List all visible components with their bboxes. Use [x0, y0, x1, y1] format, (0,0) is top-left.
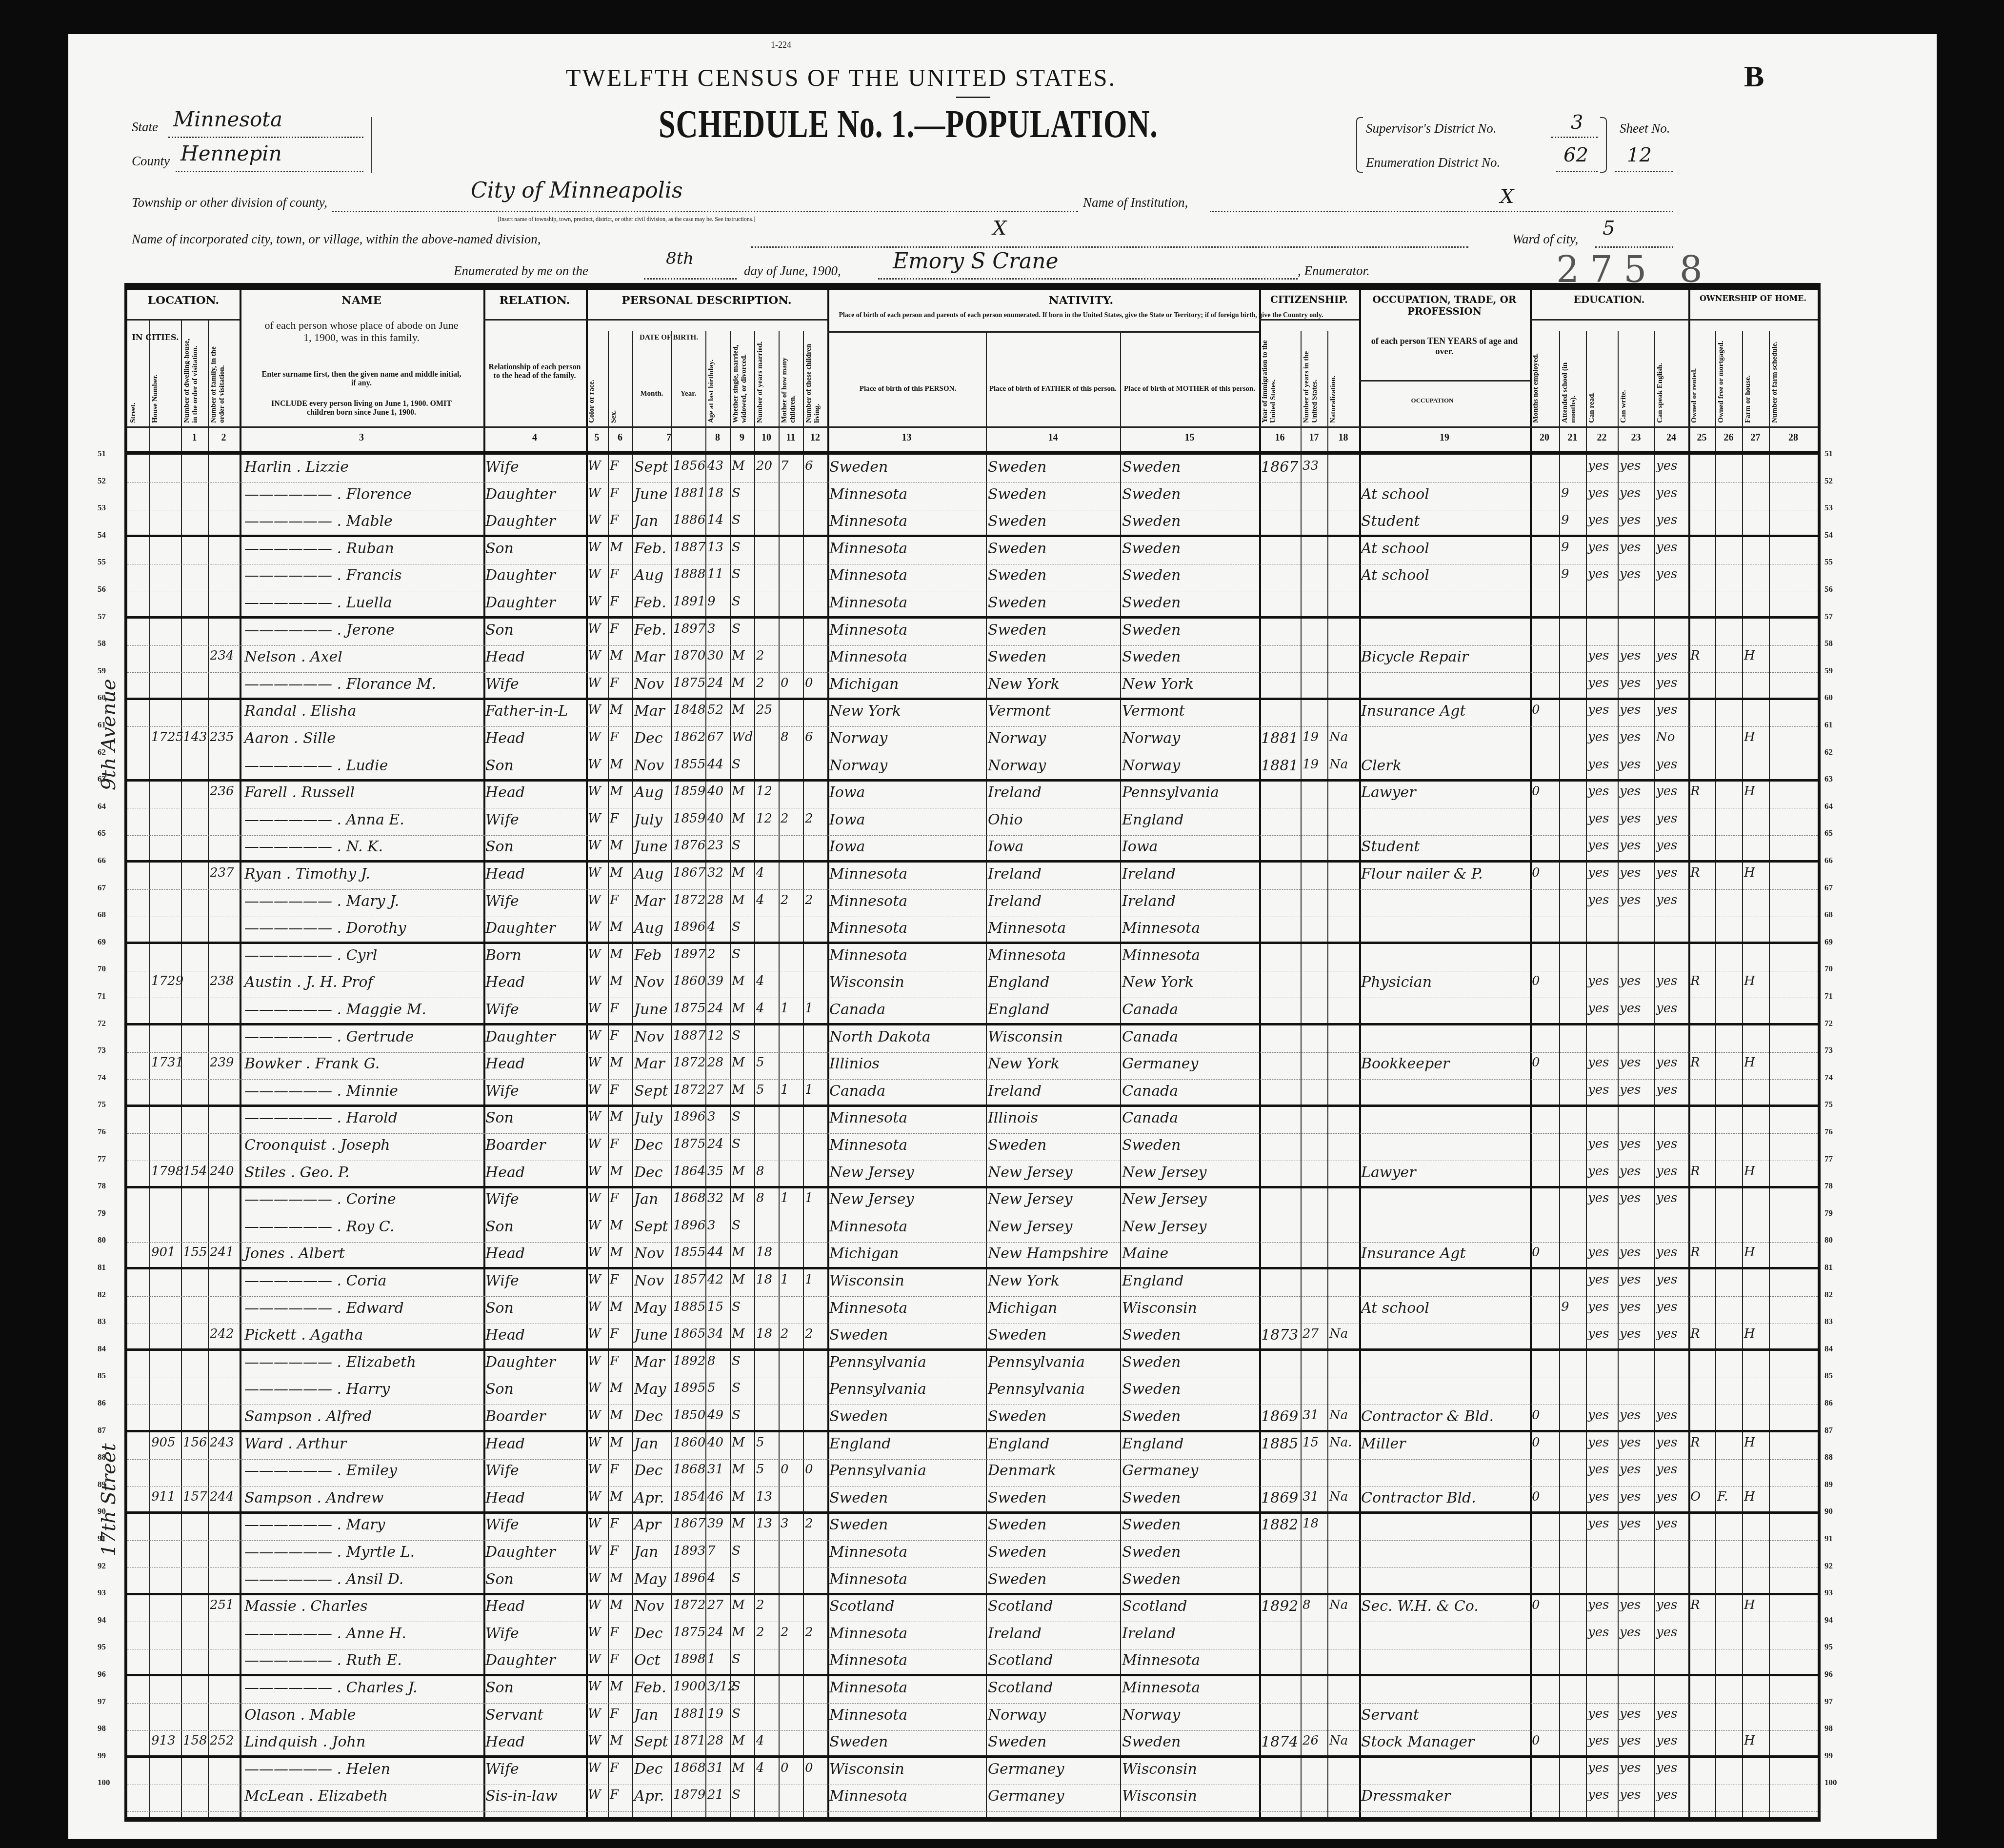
cell-eng: yes: [1656, 1272, 1677, 1287]
cell-b13: New Jersey: [829, 1164, 914, 1181]
cell-color: W: [588, 947, 601, 962]
cell-read: yes: [1588, 1055, 1609, 1070]
cell-write: yes: [1620, 1435, 1641, 1450]
cell-eng: yes: [1656, 1001, 1677, 1016]
cell-write: yes: [1620, 784, 1641, 799]
cell-month: Sept: [634, 1083, 668, 1100]
surname: McLean: [244, 1788, 304, 1805]
cell-mar: S: [732, 1707, 741, 1721]
cell-occ: Miller: [1361, 1435, 1406, 1452]
column-number: 16: [1259, 432, 1301, 443]
cell-b14: Sweden: [988, 622, 1046, 639]
cell-month: Dec: [634, 1137, 663, 1154]
cell-eng: yes: [1656, 648, 1677, 663]
cell-house: 1729: [151, 974, 183, 988]
given-name: Anna E.: [346, 811, 404, 828]
cell-age: 52: [707, 703, 723, 717]
census-sheet: 1-224 TWELFTH CENSUS OF THE UNITED STATE…: [68, 34, 1937, 1839]
cell-b14: Sweden: [988, 1408, 1046, 1425]
cell-age: 1: [707, 1652, 716, 1667]
cell-year: 1875: [673, 1137, 705, 1151]
ditto-mark: —————— .: [244, 594, 346, 611]
cell-b15: Scotland: [1122, 1598, 1187, 1615]
cell-ym: 18: [756, 1326, 772, 1341]
table-row: —————— . FlorenceDaughterWFJune188118SMi…: [127, 483, 1818, 510]
cell-ym: 5: [756, 1462, 764, 1477]
cell-color: W: [588, 1055, 601, 1070]
cell-ym: 18: [756, 1245, 772, 1260]
row-number: 80: [1824, 1235, 1833, 1245]
cell-b13: Illinios: [829, 1055, 880, 1072]
cell-b15: New Jersey: [1122, 1191, 1206, 1208]
cell-month: Dec: [634, 1625, 663, 1642]
cell-read: yes: [1588, 1435, 1609, 1450]
cell-b14: Sweden: [988, 1733, 1046, 1750]
cell-month: June: [634, 838, 667, 855]
ditto-mark: —————— .: [244, 567, 346, 584]
cell-color: W: [588, 1625, 601, 1640]
given-name: Harold: [346, 1109, 398, 1126]
cell-color: W: [588, 1462, 601, 1477]
cell-mar: M: [732, 648, 745, 663]
cell-name: —————— . Myrtle L.: [244, 1544, 415, 1561]
cell-dwelling: 156: [183, 1435, 207, 1450]
cell-sex: F: [610, 730, 619, 744]
cell-age: 39: [707, 974, 723, 988]
row-number: 67: [1824, 883, 1833, 893]
given-name: Russell: [301, 784, 355, 801]
cell-color: W: [588, 1109, 601, 1124]
cell-ym: 4: [756, 1001, 764, 1016]
cell-write: yes: [1620, 513, 1641, 527]
cell-write: yes: [1620, 838, 1641, 853]
ditto-mark: —————— .: [244, 1191, 346, 1208]
cell-b13: Iowa: [829, 811, 865, 828]
cell-color: W: [588, 974, 601, 988]
row-number: 59: [98, 666, 106, 676]
column-number: 1: [181, 432, 208, 443]
cell-mo: 1: [781, 1191, 789, 1205]
cell-name: Aaron . Sille: [244, 730, 336, 747]
surname: Massie: [244, 1598, 297, 1615]
cell-read: yes: [1588, 459, 1609, 473]
table-row: Sampson . AlfredBoarderWMDec185049SSwede…: [127, 1405, 1818, 1432]
cell-month: May: [634, 1300, 666, 1317]
cell-family: 242: [210, 1326, 234, 1341]
cell-mar: S: [732, 947, 741, 962]
row-number: 61: [1824, 720, 1833, 730]
cell-sex: F: [610, 513, 619, 527]
cell-b14: New York: [988, 676, 1060, 693]
cell-imm: 1874: [1261, 1733, 1298, 1750]
cell-imm: 1892: [1261, 1598, 1298, 1615]
cell-sex: F: [610, 567, 619, 582]
cell-b14: Sweden: [988, 1489, 1046, 1507]
cell-rel: Son: [485, 838, 514, 855]
cell-sex: M: [610, 1164, 623, 1179]
cell-read: yes: [1588, 1598, 1609, 1612]
cell-farm: H: [1744, 1489, 1755, 1504]
cell-sex: M: [610, 540, 623, 555]
cell-farm: H: [1744, 1326, 1755, 1341]
table-row: Massie . Charles251HeadWMNov187227M2Scot…: [127, 1595, 1818, 1622]
table-row: —————— . LudieSonWMNov185544SNorwayNorwa…: [127, 754, 1818, 782]
cell-year: 1875: [673, 1001, 705, 1016]
cell-b13: Minnesota: [829, 1300, 907, 1317]
cell-read: yes: [1588, 1164, 1609, 1179]
schedule-title: SCHEDULE No. 1.—POPULATION.: [659, 102, 1158, 147]
cell-color: W: [588, 1652, 601, 1667]
cell-b15: Germaney: [1122, 1462, 1198, 1479]
given-name: Gertrude: [346, 1028, 414, 1045]
given-name: Mable: [346, 513, 393, 530]
cell-read: yes: [1588, 1625, 1609, 1640]
ditto-mark: .: [297, 1598, 311, 1615]
birth-person-header: Place of birth of this PERSON.: [832, 385, 983, 393]
cell-month: July: [634, 1109, 662, 1126]
cell-b14: England: [988, 974, 1049, 991]
cell-occ: Contractor & Bld.: [1361, 1408, 1494, 1425]
cell-mar: M: [732, 1083, 745, 1097]
cell-year: 1854: [673, 1489, 705, 1504]
cell-b15: Canada: [1122, 1001, 1178, 1018]
cell-b15: Germaney: [1122, 1055, 1198, 1072]
cell-b15: Sweden: [1122, 1571, 1181, 1588]
given-name: John: [332, 1733, 366, 1750]
ditto-mark: .: [287, 784, 301, 801]
row-number: 79: [1824, 1208, 1833, 1218]
cell-month: June: [634, 486, 667, 503]
cell-write: yes: [1620, 1462, 1641, 1477]
given-name: N. K.: [346, 838, 383, 855]
cell-b13: Canada: [829, 1001, 885, 1018]
cell-month: Sept: [634, 1218, 668, 1235]
cell-year: 1887: [673, 1028, 705, 1043]
cell-month: Nov: [634, 1028, 664, 1045]
cell-sex: M: [610, 1300, 623, 1314]
given-name: Agatha: [310, 1326, 363, 1344]
cell-eng: yes: [1656, 1137, 1677, 1151]
cell-name: Ward . Arthur: [244, 1435, 346, 1452]
table-row: —————— . Mary J.WifeWFMar187228M422Minne…: [127, 890, 1818, 917]
cell-sex: M: [610, 1109, 623, 1124]
cell-year: 1881: [673, 486, 705, 501]
cell-b13: Michigan: [829, 1245, 899, 1262]
cell-year: 1850: [673, 1408, 705, 1423]
cell-b14: Ohio: [988, 811, 1023, 828]
cell-sex: M: [610, 838, 623, 853]
cell-age: 8: [707, 1354, 716, 1368]
cell-read: yes: [1588, 513, 1609, 527]
cell-b15: Canada: [1122, 1109, 1178, 1126]
cell-own: R: [1690, 1326, 1700, 1341]
cell-b13: Minnesota: [829, 947, 907, 964]
cell-read: yes: [1588, 703, 1609, 717]
cell-rel: Daughter: [485, 513, 556, 530]
cell-mar: S: [732, 1544, 741, 1558]
row-number: 73: [1824, 1045, 1833, 1055]
cell-nat: Na: [1329, 1326, 1348, 1341]
cell-write: yes: [1620, 540, 1641, 555]
cell-rel: Son: [485, 622, 514, 639]
cell-month: Nov: [634, 757, 664, 774]
cell-sex: M: [610, 920, 623, 934]
cell-sex: F: [610, 594, 619, 609]
cell-age: 7: [707, 1544, 716, 1558]
cell-read: yes: [1588, 811, 1609, 826]
cell-b13: Iowa: [829, 784, 865, 801]
cell-sex: F: [610, 486, 619, 501]
row-number: 57: [1824, 612, 1833, 622]
cell-year: 1876: [673, 838, 705, 853]
name-description: of each person whose place of abode on J…: [261, 319, 461, 344]
cell-sex: F: [610, 1761, 619, 1775]
row-number: 85: [98, 1371, 106, 1381]
cell-rel: Daughter: [485, 567, 556, 584]
cell-color: W: [588, 1354, 601, 1368]
cell-year: 1867: [673, 1516, 705, 1531]
group-relation: RELATION.: [483, 294, 586, 307]
corner-letter: B: [1744, 60, 1764, 94]
cell-sex: F: [610, 1462, 619, 1477]
township-label: Township or other division of county,: [132, 195, 327, 210]
cell-eng: yes: [1656, 1245, 1677, 1260]
nativity-description: Place of birth of each person and parent…: [832, 312, 1330, 320]
table-row: —————— . DorothyDaughterWMAug18964SMinne…: [127, 917, 1818, 944]
cell-eng: yes: [1656, 1083, 1677, 1097]
cell-age: 15: [707, 1300, 723, 1314]
state-value: Minnesota: [173, 107, 282, 131]
ditto-mark: —————— .: [244, 513, 346, 530]
cell-mar: S: [732, 1788, 741, 1802]
cell-month: June: [634, 1001, 667, 1018]
cell-house: 1725: [151, 730, 183, 744]
cell-name: —————— . Luella: [244, 594, 392, 611]
cell-eng: yes: [1656, 676, 1677, 690]
cell-b13: Minnesota: [829, 1625, 907, 1642]
cell-b14: Iowa: [988, 838, 1023, 855]
cell-rel: Daughter: [485, 1354, 556, 1371]
cell-nat: Na.: [1329, 1435, 1352, 1450]
cell-sex: F: [610, 1272, 619, 1287]
cell-write: yes: [1620, 703, 1641, 717]
cell-mar: M: [732, 703, 745, 717]
cell-name: Pickett . Agatha: [244, 1326, 363, 1344]
cell-rel: Daughter: [485, 1028, 556, 1045]
cell-age: 31: [707, 1462, 723, 1477]
county-label: County: [132, 154, 170, 169]
cell-b14: Sweden: [988, 540, 1046, 557]
cell-year: 1859: [673, 811, 705, 826]
cell-b14: Ireland: [988, 784, 1042, 801]
cell-year: 1872: [673, 893, 705, 907]
cell-b14: Sweden: [988, 567, 1046, 584]
col-label-house: House Number.: [151, 336, 179, 423]
cell-year: 1896: [673, 1109, 705, 1124]
cell-eng: yes: [1656, 486, 1677, 501]
cell-month: May: [634, 1571, 666, 1588]
cell-occ: Dressmaker: [1361, 1788, 1451, 1805]
row-number: 92: [1824, 1561, 1833, 1571]
row-number: 94: [98, 1615, 106, 1625]
cell-age: 32: [707, 865, 723, 880]
table-row: —————— . CoriaWifeWFNov185742M1811Wiscon…: [127, 1269, 1818, 1297]
cell-b14: Ireland: [988, 1083, 1042, 1100]
cell-sex: M: [610, 1571, 623, 1586]
cell-name: —————— . Ludie: [244, 757, 388, 774]
column-number: 25: [1688, 432, 1715, 443]
sheet-label: Sheet No.: [1620, 121, 1670, 136]
cell-sex: F: [610, 459, 619, 473]
cell-color: W: [588, 1516, 601, 1531]
table-row: —————— . FrancisDaughterWFAug188811SMinn…: [127, 564, 1818, 591]
given-name: Minnie: [346, 1083, 398, 1100]
cell-read: yes: [1588, 1137, 1609, 1151]
cell-liv: 1: [805, 1272, 813, 1287]
cell-family: 244: [210, 1489, 234, 1504]
birth-mother-header: Place of birth of MOTHER of this person.: [1122, 385, 1257, 393]
cell-occ: Clerk: [1361, 757, 1402, 774]
cell-mar: M: [732, 1326, 745, 1341]
cell-b15: Sweden: [1122, 622, 1181, 639]
cell-age: 40: [707, 784, 723, 799]
row-number: 100: [98, 1778, 110, 1788]
cell-eng: yes: [1656, 1516, 1677, 1531]
street-note-17th-street: 17th Street: [98, 1444, 120, 1556]
column-number: 14: [986, 432, 1120, 443]
table-row: —————— . HelenWifeWFDec186831M400Wiscons…: [127, 1758, 1818, 1785]
col-label-naturalization: Naturalization.: [1329, 336, 1357, 423]
surname: Ryan: [244, 865, 281, 883]
cell-mo: 0: [781, 1462, 789, 1477]
row-number: 53: [1824, 503, 1833, 513]
cell-month: Mar: [634, 893, 665, 910]
cell-farm: H: [1744, 1598, 1755, 1612]
cell-b13: Iowa: [829, 838, 865, 855]
cell-month: Dec: [634, 1462, 663, 1479]
cell-farm: H: [1744, 1055, 1755, 1070]
cell-eng: yes: [1656, 1707, 1677, 1721]
census-title: TWELFTH CENSUS OF THE UNITED STATES.: [566, 63, 1116, 92]
cell-rel: Son: [485, 1679, 514, 1696]
occupation-header: OCCUPATION: [1362, 397, 1503, 404]
cell-read: yes: [1588, 567, 1609, 582]
row-number: 97: [98, 1697, 106, 1707]
cell-liv: 0: [805, 1761, 813, 1775]
cell-age: 3: [707, 1109, 716, 1124]
cell-age: 12: [707, 1028, 723, 1043]
cell-year: 1856: [673, 459, 705, 473]
cell-occ: Bicycle Repair: [1361, 648, 1468, 665]
table-row: —————— . JeroneSonWFFeb.18973SMinnesotaS…: [127, 619, 1818, 646]
column-number: 12: [803, 432, 827, 443]
row-number: 66: [1824, 856, 1833, 865]
row-number: 51: [1824, 449, 1833, 459]
cell-year: 1860: [673, 974, 705, 988]
ditto-mark: .: [297, 703, 311, 720]
table-row: —————— . HarrySonWMMay18955SPennsylvania…: [127, 1378, 1818, 1405]
table-row: —————— . CyrlBornWMFeb18972SMinnesotaMin…: [127, 944, 1818, 971]
cell-mo: 0: [781, 1761, 789, 1775]
cell-sch: 9: [1561, 567, 1569, 582]
cell-read: yes: [1588, 486, 1609, 501]
cell-b13: Minnesota: [829, 567, 907, 584]
ditto-mark: .: [312, 1489, 326, 1507]
cell-mar: M: [732, 784, 745, 799]
institution-value: X: [1500, 185, 1514, 208]
cell-write: yes: [1620, 676, 1641, 690]
col-label-immigration: Year of immigration to the United States…: [1261, 336, 1299, 423]
cell-color: W: [588, 1489, 601, 1504]
cell-mo: 0: [781, 676, 789, 690]
cell-name: Lindquish . John: [244, 1733, 365, 1750]
cell-ym: 5: [756, 1435, 764, 1450]
ditto-mark: —————— .: [244, 622, 346, 639]
cell-ym: 4: [756, 1733, 764, 1748]
surname: Croonquist: [244, 1137, 326, 1154]
cell-age: 40: [707, 811, 723, 826]
cell-b15: Norway: [1122, 757, 1180, 774]
ditto-mark: .: [296, 648, 310, 665]
cell-occ: Lawyer: [1361, 784, 1416, 801]
cell-eng: yes: [1656, 1489, 1677, 1504]
cell-b15: Sweden: [1122, 540, 1181, 557]
table-row: —————— . GertrudeDaughterWFNov188712SNor…: [127, 1025, 1818, 1053]
cell-name: Olason . Mable: [244, 1707, 356, 1724]
cell-mar: M: [732, 1733, 745, 1748]
cell-age: 30: [707, 648, 723, 663]
cell-color: W: [588, 757, 601, 772]
cell-write: yes: [1620, 1191, 1641, 1205]
row-number: 54: [1824, 530, 1833, 540]
cell-yus: 15: [1303, 1435, 1319, 1450]
given-name: Timothy J.: [296, 865, 370, 883]
cell-name: —————— . Emiley: [244, 1462, 397, 1479]
cell-month: Mar: [634, 703, 665, 720]
col-label-age: Age at last birthday.: [707, 336, 728, 423]
cell-liv: 0: [805, 676, 813, 690]
row-number: 79: [98, 1208, 106, 1218]
cell-rel: Head: [485, 730, 525, 747]
cell-color: W: [588, 1028, 601, 1043]
row-number: 93: [1824, 1588, 1833, 1598]
supervisor-district: 3: [1571, 111, 1583, 134]
cell-imm: 1869: [1261, 1408, 1298, 1425]
cell-sex: F: [610, 622, 619, 636]
cell-rel: Son: [485, 1218, 514, 1235]
cell-year: 1896: [673, 1218, 705, 1233]
column-number: 28: [1769, 432, 1818, 443]
cell-year: 1859: [673, 784, 705, 799]
cell-yus: 27: [1303, 1326, 1319, 1341]
cell-b15: Sweden: [1122, 1354, 1181, 1371]
cell-read: yes: [1588, 1326, 1609, 1341]
cell-mar: M: [732, 1191, 745, 1205]
cell-family: 252: [210, 1733, 234, 1748]
cell-name: —————— . Anna E.: [244, 811, 404, 828]
cell-b13: Wisconsin: [829, 1761, 904, 1778]
cell-write: yes: [1620, 1083, 1641, 1097]
table-row: —————— . Anne H.WifeWFDec187524M222Minne…: [127, 1622, 1818, 1649]
row-number: 55: [98, 557, 106, 567]
cell-age: 9: [707, 594, 716, 609]
cell-rel: Head: [485, 974, 525, 991]
table-row: —————— . HaroldSonWMJuly18963SMinnesotaI…: [127, 1106, 1818, 1134]
cell-b13: Michigan: [829, 676, 899, 693]
cell-eng: yes: [1656, 1598, 1677, 1612]
table-row: —————— . RubanSonWMFeb.188713SMinnesotaS…: [127, 537, 1818, 564]
cell-sex: F: [610, 1788, 619, 1802]
